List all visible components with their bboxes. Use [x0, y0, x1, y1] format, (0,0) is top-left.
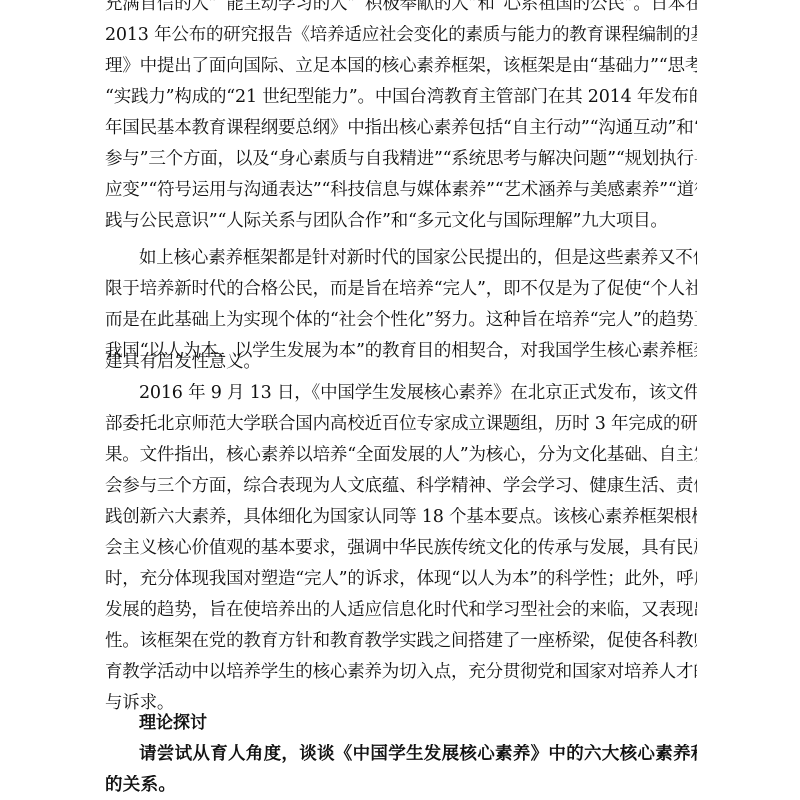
paragraph-3-line-5: 践创新六大素养，具体细化为国家认同等 18 个基本要点。该核心素养框架根植于社 [105, 507, 697, 527]
section-heading: 理论探讨 [139, 713, 207, 733]
paragraph-1-line-4: “实践力”构成的“21 世纪型能力”。中国台湾教育主管部门在其 2014 年发布… [105, 87, 697, 107]
paragraph-2-line-1: 如上核心素养框架都是针对新时代的国家公民提出的，但是这些素养又不仅仅局 [139, 248, 697, 268]
document-page: 充满自信的人”“能主动学习的人”“积极奉献的人”和“心系祖国的公民”。日本在其 … [0, 0, 800, 800]
paragraph-3-line-8: 发展的趋势，旨在使培养出的人适应信息化时代和学习型社会的来临，又表现出时代 [105, 600, 697, 620]
question-line-2: 的关系。 [105, 775, 697, 795]
paragraph-3-line-3: 果。文件指出，核心素养以培养“全面发展的人”为核心，分为文化基础、自主发展、社 [105, 445, 697, 465]
paragraph-3-line-10: 育教学活动中以培养学生的核心素养为切入点，充分贯彻党和国家对培养人才的期望 [105, 662, 697, 682]
paragraph-2-line-5: 建具有启发性意义。 [105, 352, 697, 372]
paragraph-1-line-1: 充满自信的人”“能主动学习的人”“积极奉献的人”和“心系祖国的公民”。日本在其 [105, 0, 697, 14]
paragraph-3-line-6: 会主义核心价值观的基本要求，强调中华民族传统文化的传承与发展，具有民族性；同 [105, 538, 697, 558]
paragraph-3-line-7: 时，充分体现我国对塑造“完人”的诉求，体现“以人为本”的科学性；此外，呼应了时代 [105, 569, 697, 589]
paragraph-3-line-2: 部委托北京师范大学联合国内高校近百位专家成立课题组，历时 3 年完成的研究成 [105, 414, 697, 434]
paragraph-3-line-9: 性。该框架在党的教育方针和教育教学实践之间搭建了一座桥梁，促使各科教师在教 [105, 631, 697, 651]
paragraph-1-line-7: 应变”“符号运用与沟通表达”“科技信息与媒体素养”“艺术涵养与美感素养”“道德实 [105, 180, 697, 200]
paragraph-1-line-3: 理》中提出了面向国际、立足本国的核心素养框架，该框架是由“基础力”“思考力”和 [105, 56, 697, 76]
paragraph-1-line-5: 年国民基本教育课程纲要总纲》中指出核心素养包括“自主行动”“沟通互动”和“社会 [105, 118, 697, 138]
paragraph-1-line-6: 参与”三个方面，以及“身心素质与自我精进”“系统思考与解决问题”“规划执行与创新 [105, 149, 697, 169]
paragraph-3-line-11: 与诉求。 [105, 693, 697, 713]
paragraph-1-line-2: 2013 年公布的研究报告《培养适应社会变化的素质与能力的教育课程编制的基本原 [105, 25, 697, 45]
paragraph-3-line-4: 会参与三个方面，综合表现为人文底蕴、科学精神、学会学习、健康生活、责任担当、实 [105, 476, 697, 496]
question-line-1: 请尝试从育人角度，谈谈《中国学生发展核心素养》中的六大核心素养和英语学科 [139, 744, 697, 764]
paragraph-3-line-1: 2016 年 9 月 13 日，《中国学生发展核心素养》在北京正式发布，该文件是… [139, 383, 697, 403]
paragraph-1-line-8: 践与公民意识”“人际关系与团队合作”和“多元文化与国际理解”九大项目。 [105, 211, 697, 231]
paragraph-2-line-2: 限于培养新时代的合格公民，而是旨在培养“完人”，即不仅是为了促使“个人社会化”， [105, 279, 697, 299]
paragraph-2-line-3: 而是在此基础上为实现个体的“社会个性化”努力。这种旨在培养“完人”的趋势正和 [105, 310, 697, 330]
